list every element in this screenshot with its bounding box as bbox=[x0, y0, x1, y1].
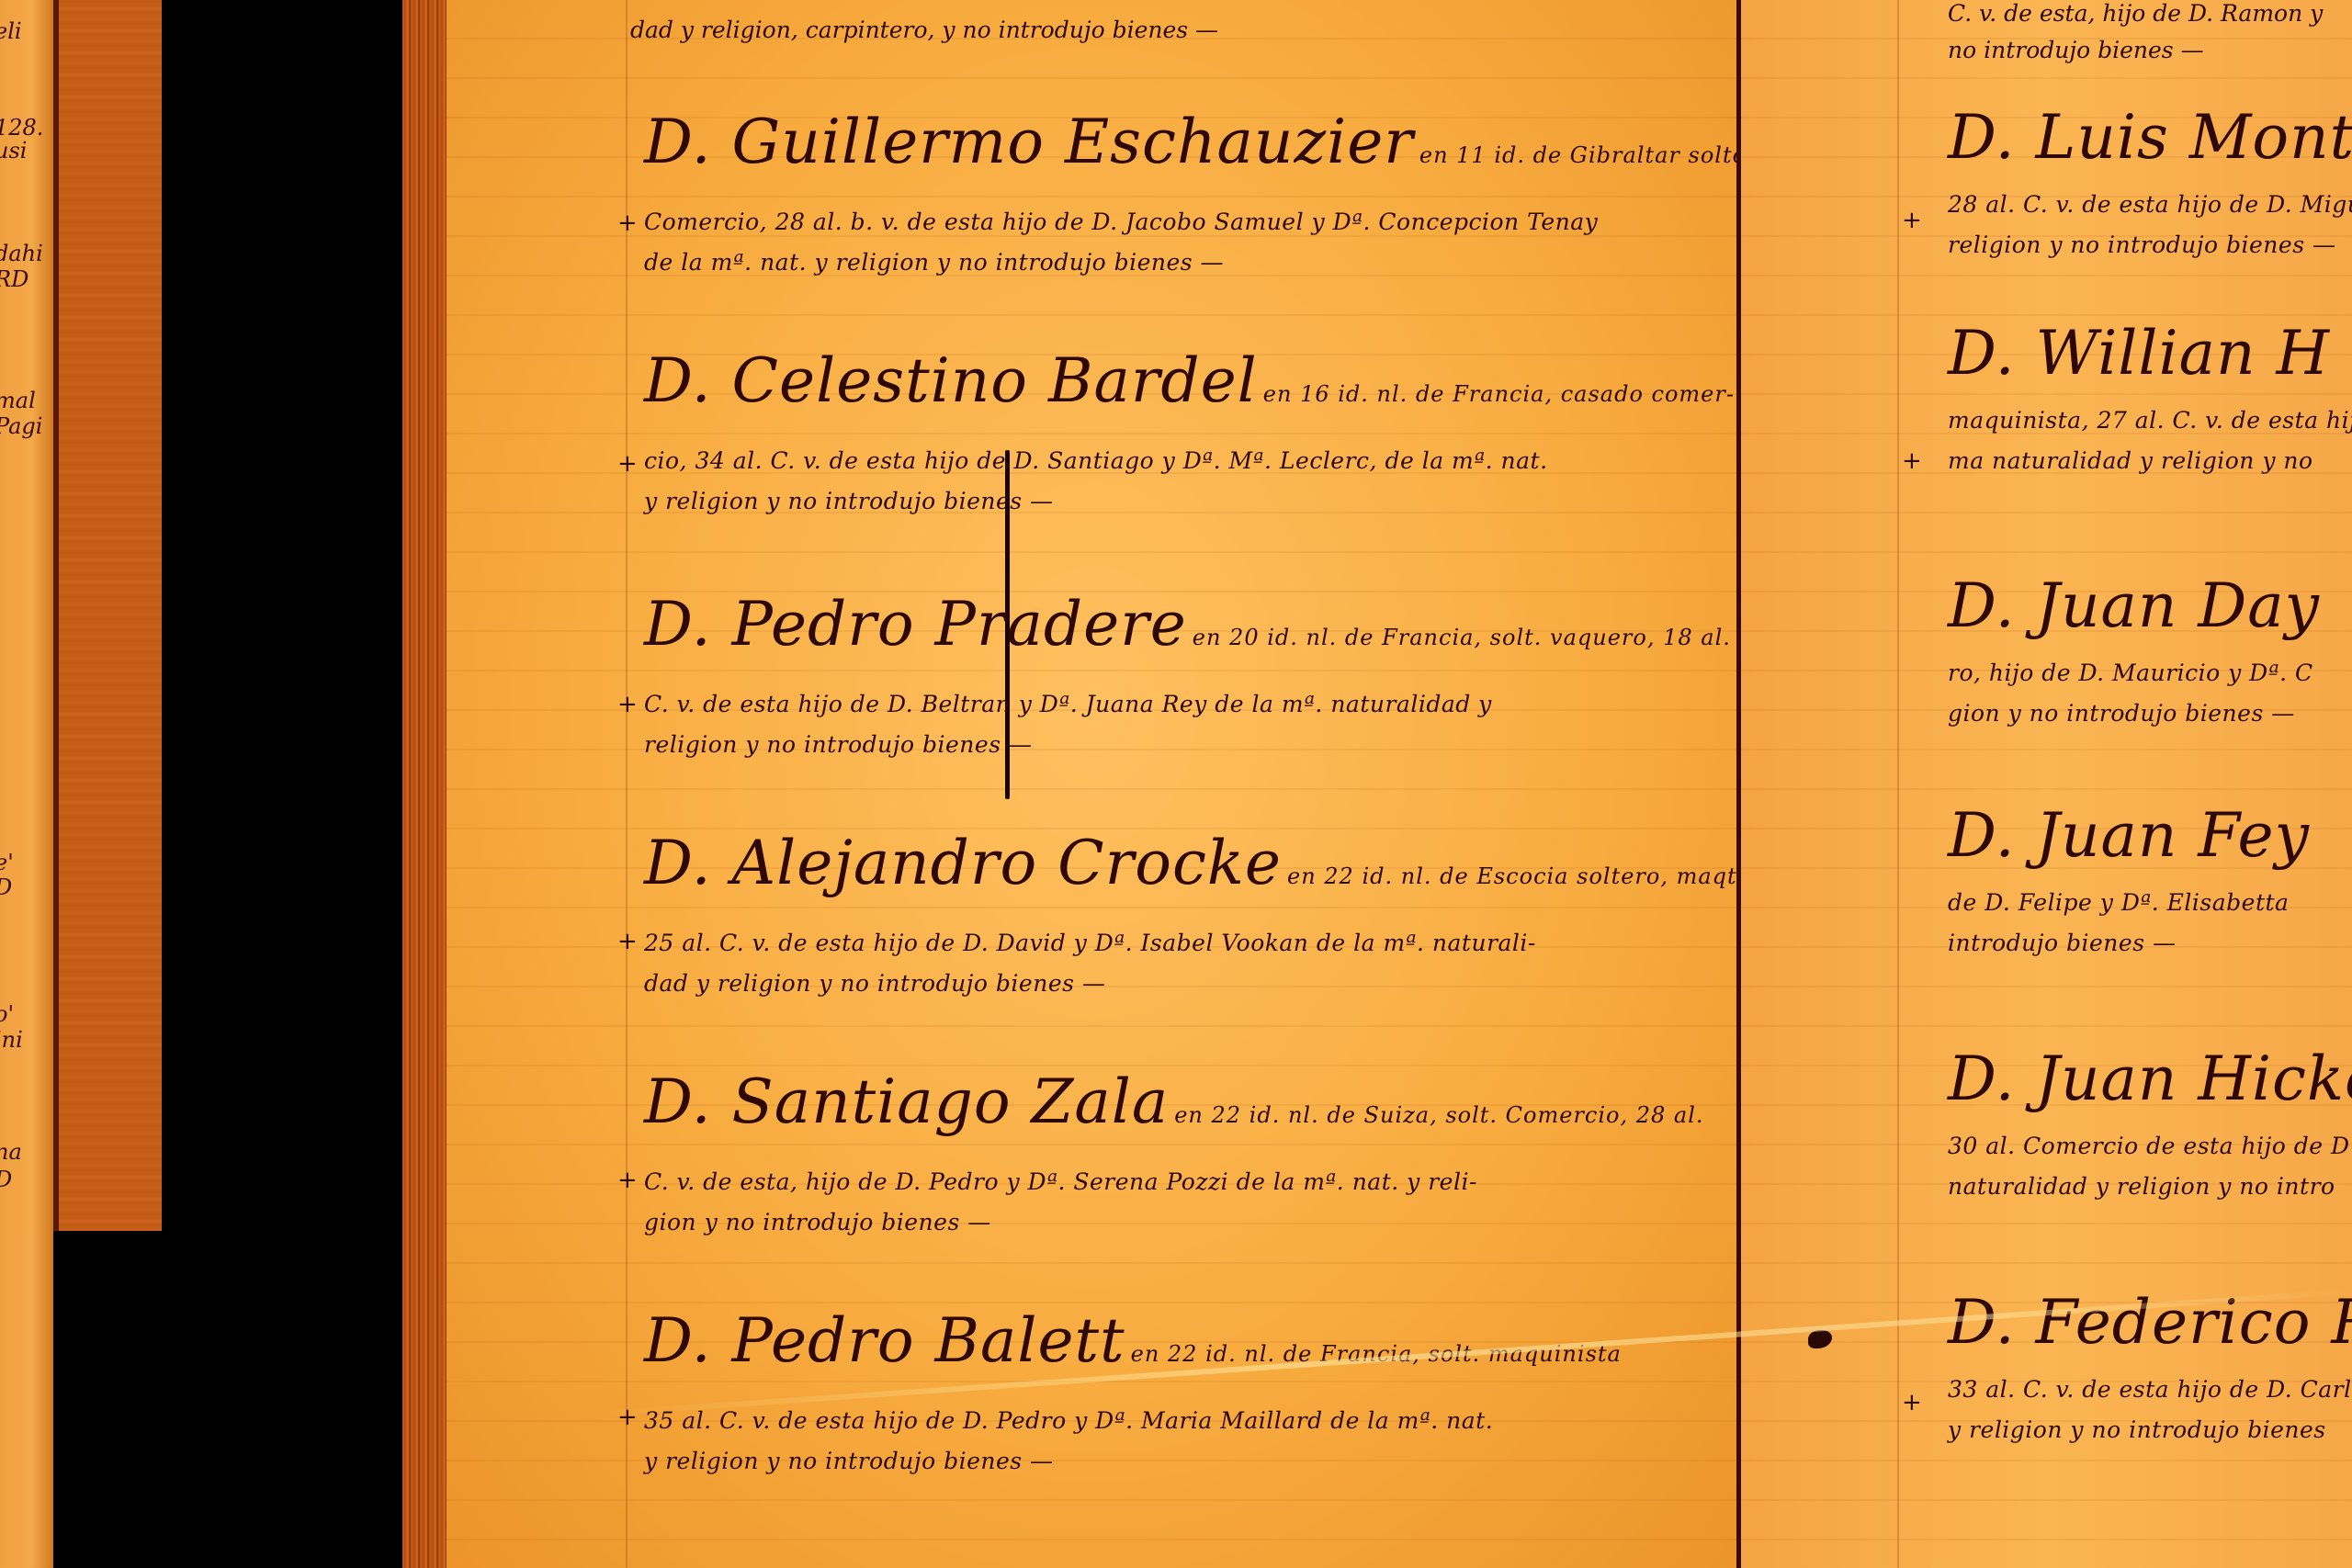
entry-name: D. Celestino Bardel bbox=[644, 345, 1258, 416]
right-ledger-page: C. v. de esta, hijo de D. Ramon y no int… bbox=[1741, 0, 2352, 1568]
left-fragment: o' bbox=[0, 1001, 14, 1027]
entry-name: D. Willian H bbox=[1948, 317, 2352, 390]
entry-name: D. Pedro Pradere bbox=[644, 589, 1187, 660]
margin-cross-icon: + bbox=[1902, 447, 1922, 475]
entry-details: en 11 id. de Gibraltar soltero, bbox=[1419, 142, 1781, 168]
entry-continuation: dad y religion, carpintero, y no introdu… bbox=[630, 17, 1218, 43]
page-edges bbox=[402, 0, 447, 1568]
entry-name: D. Juan Hicke bbox=[1948, 1043, 2352, 1116]
margin-rule bbox=[1897, 0, 1899, 1568]
left-page-fragment: eli 128. usi dahi RD mal Pagi e' D o' in… bbox=[0, 0, 53, 1568]
ledger-entry: D. Willian H maquinista, 27 al. C. v. de… bbox=[1948, 317, 2352, 491]
left-fragment: ini bbox=[0, 1027, 23, 1053]
ledger-entry: D. Luis Monte 28 al. C. v. de esta hijo … bbox=[1948, 101, 2352, 276]
margin-cross-icon: + bbox=[617, 1167, 638, 1194]
book-gutter-shadow bbox=[162, 0, 402, 1568]
entry-text: ma naturalidad y religion y no bbox=[1948, 431, 2352, 491]
margin-cross-icon: + bbox=[617, 1404, 638, 1431]
entry-details: en 20 id. nl. de Francia, solt. vaquero,… bbox=[1193, 625, 1731, 650]
left-fragment: Pagi bbox=[0, 413, 42, 439]
entry-name-line: D. Guillermo Eschauzieren 11 id. de Gibr… bbox=[644, 106, 1780, 192]
ink-blot bbox=[1808, 1330, 1832, 1348]
entry-details: en 16 id. nl. de Francia, casado comer- bbox=[1263, 381, 1735, 407]
margin-cross-icon: + bbox=[617, 209, 638, 237]
entry-details: en 22 id. nl. de Escocia soltero, maqta. bbox=[1287, 863, 1759, 889]
ledger-entry: D. Alejandro Crockeen 22 id. nl. de Esco… bbox=[644, 827, 1759, 1014]
margin-cross-icon: + bbox=[617, 928, 638, 955]
left-fragment: usi bbox=[0, 138, 27, 164]
entry-details: en 22 id. nl. de Suiza, solt. Comercio, … bbox=[1174, 1102, 1703, 1128]
entry-text: de la mª. nat. y religion y no introdujo… bbox=[644, 232, 1780, 293]
left-fragment: D bbox=[0, 874, 12, 900]
entry-name-line: D. Santiago Zalaen 22 id. nl. de Suiza, … bbox=[644, 1066, 1704, 1152]
ledger-entry: D. Juan Fey de D. Felipe y Dª. Elisabett… bbox=[1948, 799, 2310, 974]
book-cover-strip bbox=[59, 0, 164, 1231]
ledger-entry: D. Juan Day ro, hijo de D. Mauricio y Dª… bbox=[1948, 570, 2320, 744]
margin-cross-icon: + bbox=[1902, 1389, 1922, 1416]
entry-name: D. Guillermo Eschauzier bbox=[644, 107, 1414, 177]
entry-name-line: D. Alejandro Crockeen 22 id. nl. de Esco… bbox=[644, 827, 1759, 913]
entry-continuation: no introdujo bienes — bbox=[1948, 37, 2204, 63]
margin-cross-icon: + bbox=[617, 691, 638, 718]
entry-continuation: C. v. de esta, hijo de D. Ramon y bbox=[1948, 0, 2323, 27]
margin-cross-icon: + bbox=[1902, 207, 1922, 234]
entry-name: D. Juan Fey bbox=[1948, 799, 2310, 873]
ledger-entry: D. Pedro Pradereen 20 id. nl. de Francia… bbox=[644, 588, 1731, 775]
ledger-entry: D. Celestino Bardelen 16 id. nl. de Fran… bbox=[644, 344, 1735, 532]
left-fragment: na bbox=[0, 1139, 22, 1165]
entry-name: D. Pedro Balett bbox=[644, 1305, 1125, 1376]
entry-name-line: D. Pedro Pradereen 20 id. nl. de Francia… bbox=[644, 588, 1731, 674]
left-fragment: eli bbox=[0, 18, 22, 44]
left-fragment: RD bbox=[0, 266, 28, 292]
entry-text: religion y no introdujo bienes — bbox=[1948, 215, 2352, 276]
ledger-entry: D. Guillermo Eschauzieren 11 id. de Gibr… bbox=[644, 106, 1780, 293]
left-fragment: dahi bbox=[0, 241, 43, 266]
left-fragment: D bbox=[0, 1167, 12, 1192]
entry-text: naturalidad y religion y no intro bbox=[1948, 1156, 2352, 1217]
cover-shadow bbox=[53, 1231, 162, 1568]
entry-text: y religion y no introdujo bienes bbox=[1948, 1400, 2352, 1461]
entry-name: D. Luis Monte bbox=[1948, 101, 2352, 175]
left-fragment: mal bbox=[0, 388, 36, 413]
ledger-entry: D. Santiago Zalaen 22 id. nl. de Suiza, … bbox=[644, 1066, 1704, 1253]
left-fragment: 128. bbox=[0, 115, 43, 141]
entry-name: D. Santiago Zala bbox=[644, 1066, 1169, 1137]
entry-name: D. Juan Day bbox=[1948, 570, 2320, 643]
ledger-entry: D. Juan Hicke 30 al. Comercio de esta hi… bbox=[1948, 1043, 2352, 1217]
margin-cross-icon: + bbox=[617, 450, 638, 478]
entry-text: gion y no introdujo bienes — bbox=[1948, 683, 2320, 744]
left-fragment: e' bbox=[0, 850, 14, 875]
entry-name: D. Alejandro Crocke bbox=[644, 828, 1282, 898]
entry-name-line: D. Celestino Bardelen 16 id. nl. de Fran… bbox=[644, 344, 1735, 431]
main-ledger-page: dad y religion, carpintero, y no introdu… bbox=[447, 0, 1742, 1568]
